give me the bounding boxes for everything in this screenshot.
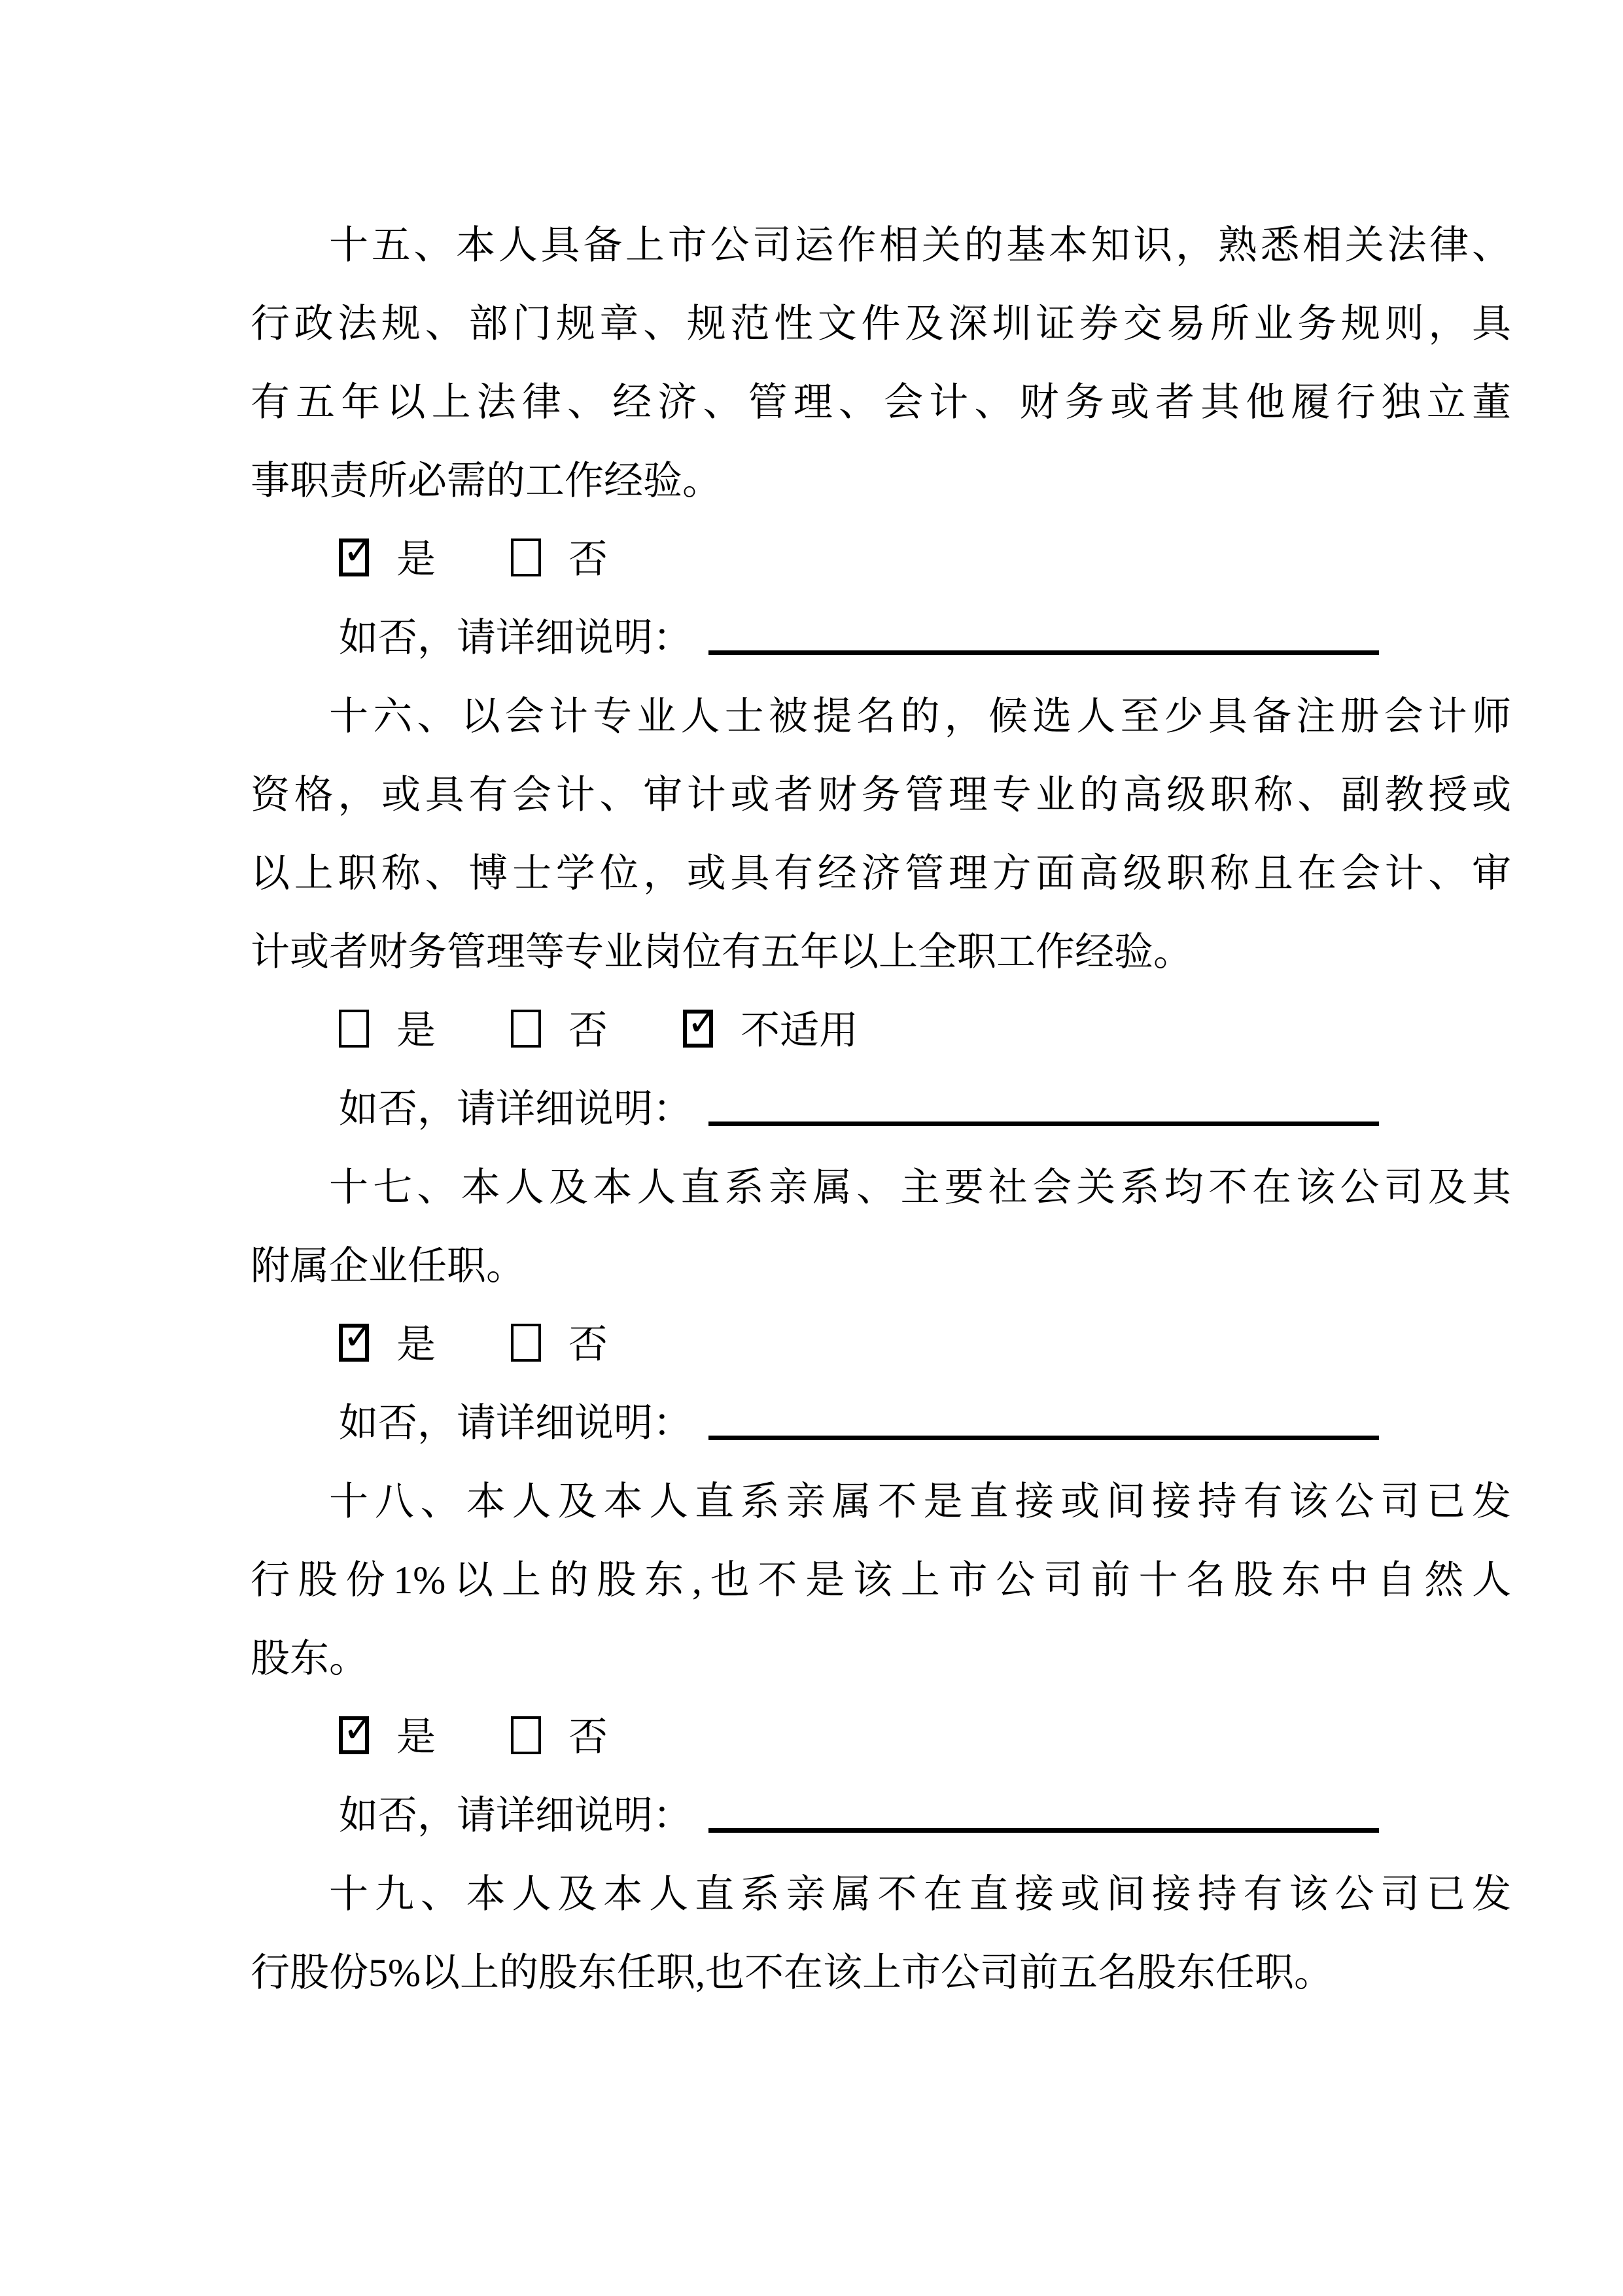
answer-option-no: 否 <box>511 520 608 599</box>
checkbox-not-applicable[interactable]: ✓ <box>683 1010 713 1048</box>
checkbox-no[interactable] <box>511 539 541 576</box>
paragraph-line: 十七、本人及本人直系亲属、主要社会关系均不在该公司及其 <box>251 1148 1511 1227</box>
check-icon: ✓ <box>343 532 375 570</box>
checkbox-yes[interactable]: ✓ <box>339 1716 369 1754</box>
explain-row-18: 如否，请详细说明： <box>339 1776 1511 1855</box>
paragraph-line: 附属企业任职。 <box>251 1227 1511 1305</box>
checkbox-no[interactable] <box>511 1324 541 1362</box>
answer-option-yes: ✓是 <box>339 1305 436 1384</box>
answer-option-yes: 是 <box>339 991 436 1070</box>
paragraph-line: 行政法规、部门规章、规范性文件及深圳证券交易所业务规则，具 <box>251 285 1511 363</box>
paragraph-line: 十九、本人及本人直系亲属不在直接或间接持有该公司已发 <box>251 1855 1511 1934</box>
paragraph-line: 十五、本人具备上市公司运作相关的基本知识，熟悉相关法律、 <box>251 206 1511 285</box>
explain-row-16: 如否，请详细说明： <box>339 1070 1511 1148</box>
answer-row-18: ✓是 否 <box>339 1698 1511 1776</box>
explain-label: 如否，请详细说明： <box>339 1070 692 1148</box>
check-icon: ✓ <box>343 1710 375 1748</box>
paragraph-line: 以上职称、博士学位，或具有经济管理方面高级职称且在会计、审 <box>251 834 1511 913</box>
declaration-item-18: 十八、本人及本人直系亲属不是直接或间接持有该公司已发 行股份1%以上的股东,也不… <box>251 1462 1511 1855</box>
checkbox-no-label: 否 <box>568 538 608 581</box>
paragraph-line: 行股份5%以上的股东任职,也不在该上市公司前五名股东任职。 <box>251 1934 1511 2012</box>
paragraph-line: 行股份1%以上的股东,也不是该上市公司前十名股东中自然人 <box>251 1541 1511 1619</box>
declaration-item-15: 十五、本人具备上市公司运作相关的基本知识，熟悉相关法律、 行政法规、部门规章、规… <box>251 206 1511 677</box>
explain-row-17: 如否，请详细说明： <box>339 1384 1511 1462</box>
paragraph-line: 有五年以上法律、经济、管理、会计、财务或者其他履行独立董 <box>251 363 1511 442</box>
explain-blank-field[interactable] <box>708 644 1379 655</box>
answer-option-no: 否 <box>511 1305 608 1384</box>
explain-blank-field[interactable] <box>708 1429 1379 1440</box>
answer-option-not-applicable: ✓不适用 <box>683 991 858 1070</box>
paragraph-line: 计或者财务管理等专业岗位有五年以上全职工作经验。 <box>251 913 1511 991</box>
paragraph-line: 十八、本人及本人直系亲属不是直接或间接持有该公司已发 <box>251 1462 1511 1541</box>
paragraph-line: 资格，或具有会计、审计或者财务管理专业的高级职称、副教授或 <box>251 756 1511 834</box>
check-icon: ✓ <box>343 1317 375 1355</box>
answer-row-15: ✓是 否 <box>339 520 1511 599</box>
checkbox-yes[interactable]: ✓ <box>339 539 369 576</box>
answer-row-17: ✓是 否 <box>339 1305 1511 1384</box>
explain-label: 如否，请详细说明： <box>339 1776 692 1855</box>
checkbox-yes-label: 是 <box>396 538 436 581</box>
answer-row-16: 是 否 ✓不适用 <box>339 991 1511 1070</box>
check-icon: ✓ <box>687 1003 719 1041</box>
document-content: 十五、本人具备上市公司运作相关的基本知识，熟悉相关法律、 行政法规、部门规章、规… <box>251 206 1511 2012</box>
explain-blank-field[interactable] <box>708 1115 1379 1126</box>
checkbox-yes-label: 是 <box>396 1009 436 1052</box>
answer-option-yes: ✓是 <box>339 520 436 599</box>
answer-option-no: 否 <box>511 991 608 1070</box>
declaration-item-16: 十六、以会计专业人士被提名的，候选人至少具备注册会计师 资格，或具有会计、审计或… <box>251 677 1511 1148</box>
checkbox-no-label: 否 <box>568 1716 608 1759</box>
checkbox-yes[interactable]: ✓ <box>339 1324 369 1362</box>
explain-row-15: 如否，请详细说明： <box>339 599 1511 677</box>
paragraph-line: 事职责所必需的工作经验。 <box>251 442 1511 520</box>
answer-option-no: 否 <box>511 1698 608 1776</box>
explain-label: 如否，请详细说明： <box>339 599 692 677</box>
explain-label: 如否，请详细说明： <box>339 1384 692 1462</box>
checkbox-no-label: 否 <box>568 1009 608 1052</box>
checkbox-yes[interactable] <box>339 1010 369 1048</box>
answer-option-yes: ✓是 <box>339 1698 436 1776</box>
explain-blank-field[interactable] <box>708 1822 1379 1833</box>
paragraph-line: 股东。 <box>251 1619 1511 1698</box>
checkbox-not-applicable-label: 不适用 <box>741 1009 858 1052</box>
checkbox-no[interactable] <box>511 1716 541 1754</box>
checkbox-yes-label: 是 <box>396 1323 436 1366</box>
checkbox-no-label: 否 <box>568 1323 608 1366</box>
paragraph-line: 十六、以会计专业人士被提名的，候选人至少具备注册会计师 <box>251 677 1511 756</box>
declaration-item-17: 十七、本人及本人直系亲属、主要社会关系均不在该公司及其 附属企业任职。 ✓是 否… <box>251 1148 1511 1462</box>
checkbox-yes-label: 是 <box>396 1716 436 1759</box>
document-page: 十五、本人具备上市公司运作相关的基本知识，熟悉相关法律、 行政法规、部门规章、规… <box>0 0 1623 2296</box>
declaration-item-19: 十九、本人及本人直系亲属不在直接或间接持有该公司已发 行股份5%以上的股东任职,… <box>251 1855 1511 2012</box>
checkbox-no[interactable] <box>511 1010 541 1048</box>
